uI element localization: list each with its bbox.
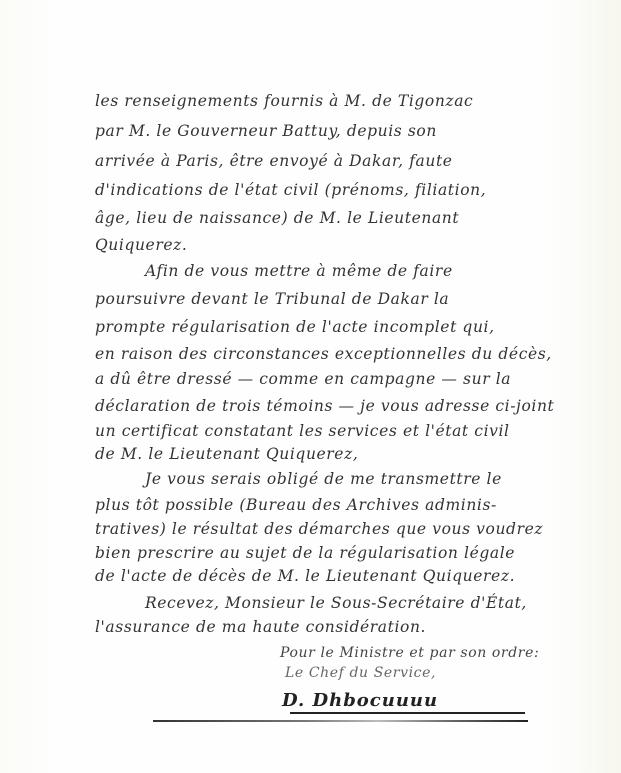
body-line: déclaration de trois témoins — je vous a… (95, 397, 554, 415)
body-line: plus tôt possible (Bureau des Archives a… (95, 496, 497, 514)
body-line: d'indications de l'état civil (prénoms, … (95, 181, 486, 199)
body-line: prompte régularisation de l'acte incompl… (95, 318, 495, 336)
body-line: l'assurance de ma haute considération. (95, 618, 426, 636)
body-line: âge, lieu de naissance) de M. le Lieuten… (95, 209, 459, 227)
body-line: de M. le Lieutenant Quiquerez, (95, 445, 358, 463)
body-line: un certificat constatant les services et… (95, 422, 510, 440)
body-line: par M. le Gouverneur Battuy, depuis son (95, 122, 437, 140)
body-line: Afin de vous mettre à même de faire (145, 262, 453, 280)
horizontal-rule (153, 720, 528, 722)
document-page: les renseignements fournis à M. de Tigon… (0, 0, 621, 773)
body-line: arrivée à Paris, être envoyé à Dakar, fa… (95, 152, 453, 170)
body-line: de l'acte de décès de M. le Lieutenant Q… (95, 567, 515, 585)
body-line: Quiquerez. (95, 236, 187, 254)
signature: D. Dhbocuuuu (282, 690, 438, 711)
body-line: bien prescrire au sujet de la régularisa… (95, 544, 515, 562)
body-line: a dû être dressé — comme en campagne — s… (95, 370, 511, 388)
body-line: en raison des circonstances exceptionnel… (95, 345, 552, 363)
body-line: poursuivre devant le Tribunal de Dakar l… (95, 290, 449, 308)
body-line: tratives) le résultat des démarches que … (95, 520, 543, 538)
closing-authority: Pour le Ministre et par son ordre: (280, 645, 539, 661)
signature-underline (290, 712, 525, 714)
body-line: Recevez, Monsieur le Sous-Secrétaire d'É… (145, 594, 527, 612)
body-line: les renseignements fournis à M. de Tigon… (95, 92, 473, 110)
body-line: Je vous serais obligé de me transmettre … (145, 470, 502, 488)
closing-title: Le Chef du Service, (285, 665, 436, 681)
